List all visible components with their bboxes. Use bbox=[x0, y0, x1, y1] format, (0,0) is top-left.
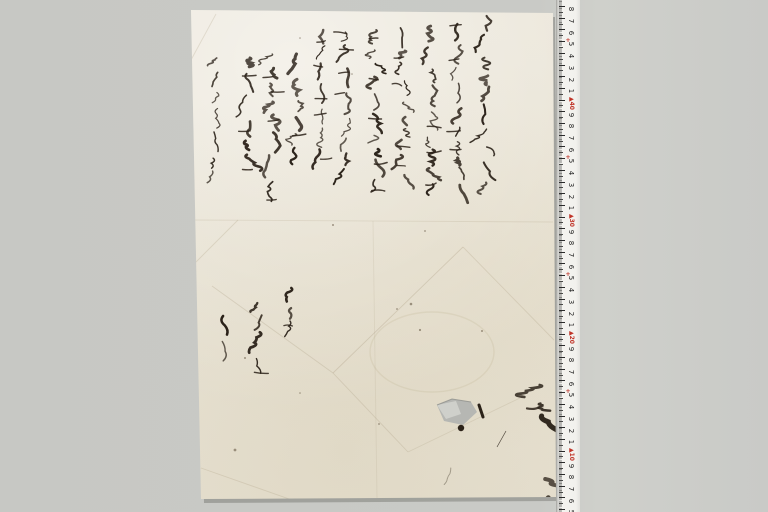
calligraphy-stroke bbox=[372, 190, 385, 191]
ruler-digit: 1 bbox=[567, 319, 575, 331]
endorsement-stroke bbox=[487, 464, 495, 472]
calligraphy-stroke bbox=[244, 141, 249, 150]
pencil-stroke bbox=[444, 468, 451, 485]
half-cm-tick bbox=[559, 304, 563, 305]
calligraphy-stroke bbox=[321, 109, 323, 124]
calligraphy-stroke bbox=[289, 308, 291, 319]
calligraphy-stroke bbox=[239, 131, 251, 132]
calligraphy-stroke bbox=[320, 84, 324, 103]
cm-tick bbox=[559, 18, 565, 19]
cm-tick bbox=[559, 497, 565, 498]
cm-tick bbox=[559, 29, 565, 30]
crease-line bbox=[463, 247, 554, 340]
tape-measure-ruler: 8765+4321▲4098765+4321▲3098765+4321▲2098… bbox=[556, 0, 580, 512]
half-cm-tick bbox=[559, 152, 563, 153]
half-cm-tick bbox=[559, 94, 563, 95]
endorsement-stroke bbox=[479, 453, 487, 461]
calligraphy-stroke bbox=[270, 83, 273, 96]
cm-tick bbox=[559, 462, 565, 463]
speck bbox=[299, 37, 301, 39]
calligraphy-column bbox=[259, 54, 284, 201]
cm-tick bbox=[559, 299, 565, 300]
calligraphy-stroke bbox=[334, 169, 344, 184]
speck bbox=[299, 392, 301, 394]
calligraphy-stroke bbox=[247, 58, 254, 67]
endorsement-stroke bbox=[468, 443, 477, 453]
speck bbox=[234, 449, 237, 452]
ruler-digit: 7 bbox=[567, 132, 575, 144]
endorsement-hairline bbox=[497, 431, 506, 447]
endorsement-stroke bbox=[461, 469, 470, 478]
half-cm-tick bbox=[559, 82, 563, 83]
half-cm-tick bbox=[559, 24, 563, 25]
fold-creases bbox=[191, 14, 554, 500]
calligraphy-stroke bbox=[245, 155, 262, 171]
cm-tick bbox=[559, 217, 565, 218]
crease-line bbox=[373, 221, 377, 498]
blotch-stroke bbox=[527, 408, 539, 409]
blotch-stroke bbox=[516, 385, 542, 397]
calligraphy-column bbox=[312, 30, 331, 169]
cm-tick bbox=[559, 357, 565, 358]
calligraphy-stroke bbox=[339, 49, 353, 50]
calligraphy-stroke bbox=[395, 62, 401, 74]
calligraphy-stroke bbox=[298, 101, 303, 111]
calligraphy-stroke bbox=[478, 183, 487, 194]
ruler-digit: 3 bbox=[567, 296, 575, 308]
cm-tick bbox=[559, 88, 565, 89]
calligraphy-stroke bbox=[286, 288, 293, 302]
half-cm-tick bbox=[559, 246, 563, 247]
calligraphy-stroke bbox=[321, 158, 332, 159]
half-cm-tick bbox=[559, 433, 563, 434]
calligraphy-stroke bbox=[404, 81, 410, 95]
calligraphy-stroke bbox=[236, 95, 246, 117]
calligraphy-stroke bbox=[222, 342, 226, 361]
calligraphy-stroke bbox=[342, 119, 351, 137]
ruler-digit: 4 bbox=[567, 284, 575, 296]
calligraphy-stroke bbox=[422, 48, 428, 65]
calligraphy-stroke bbox=[212, 72, 218, 86]
calligraphy-stroke bbox=[317, 128, 323, 147]
ruler-digit: 9 bbox=[567, 460, 575, 472]
ink-dot bbox=[458, 425, 464, 431]
ruler-digit: 8 bbox=[567, 354, 575, 366]
calligraphy-stroke bbox=[484, 163, 496, 181]
half-cm-tick bbox=[559, 503, 563, 504]
half-cm-tick bbox=[559, 187, 563, 188]
calligraphy-stroke bbox=[293, 134, 306, 136]
calligraphy-stroke bbox=[457, 158, 460, 165]
ruler-digit: 2 bbox=[567, 308, 575, 320]
calligraphy-stroke bbox=[369, 118, 382, 119]
speck bbox=[378, 423, 380, 425]
ruler-digit: 7 bbox=[567, 249, 575, 261]
half-cm-tick bbox=[559, 339, 563, 340]
speck bbox=[419, 329, 421, 331]
half-cm-tick bbox=[559, 293, 563, 294]
calligraphy-stroke bbox=[460, 185, 468, 203]
cm-tick bbox=[559, 6, 565, 7]
calligraphy-stroke bbox=[456, 142, 459, 155]
calligraphy-column bbox=[207, 58, 220, 183]
half-cm-tick bbox=[559, 105, 563, 106]
crease-line bbox=[191, 14, 216, 60]
calligraphy-stroke bbox=[250, 303, 257, 312]
ink-dash bbox=[479, 405, 483, 417]
calligraphy-stroke bbox=[374, 94, 379, 110]
calligraphy-stroke bbox=[475, 35, 484, 52]
calligraphy-stroke bbox=[312, 149, 320, 168]
paper-tear-hole bbox=[437, 399, 477, 425]
cm-tick bbox=[559, 474, 565, 475]
half-cm-tick bbox=[559, 398, 563, 399]
half-cm-tick bbox=[559, 480, 563, 481]
calligraphy-stroke bbox=[263, 155, 269, 177]
ruler-digit: 9 bbox=[567, 343, 575, 355]
calligraphy-stroke bbox=[451, 68, 456, 81]
water-stain bbox=[370, 312, 494, 392]
calligraphy-column bbox=[334, 32, 354, 184]
calligraphy-stroke bbox=[470, 129, 486, 142]
calligraphy-stroke bbox=[345, 153, 349, 165]
calligraphy-stroke bbox=[365, 50, 375, 58]
calligraphy-stroke bbox=[447, 131, 460, 132]
endorsement-stroke bbox=[451, 459, 458, 466]
half-cm-tick bbox=[559, 258, 563, 259]
ruler-digit: 1 bbox=[567, 85, 575, 97]
calligraphy-stroke bbox=[273, 133, 280, 153]
half-cm-tick bbox=[559, 328, 563, 329]
ruler-digit: 9 bbox=[567, 109, 575, 121]
calligraphy-stroke bbox=[403, 117, 407, 125]
half-cm-tick bbox=[559, 363, 563, 364]
cm-tick bbox=[559, 345, 565, 346]
calligraphy-stroke bbox=[375, 149, 380, 156]
calligraphy-stroke bbox=[337, 45, 349, 62]
half-cm-tick bbox=[559, 70, 563, 71]
ruler-digit: 5 bbox=[567, 506, 575, 512]
ruler-digit: 2 bbox=[567, 74, 575, 86]
ruler-digit: 3 bbox=[567, 179, 575, 191]
ruler-digit: 8 bbox=[567, 120, 575, 132]
speck bbox=[481, 330, 483, 332]
endorsement-stroke bbox=[497, 475, 509, 487]
calligraphy-stroke bbox=[212, 93, 218, 103]
cm-tick bbox=[559, 193, 565, 194]
cm-tick bbox=[559, 111, 565, 112]
pencil-note bbox=[444, 468, 451, 485]
half-cm-tick bbox=[559, 468, 563, 469]
cm-tick bbox=[559, 310, 565, 311]
cm-tick bbox=[559, 369, 565, 370]
half-cm-tick bbox=[559, 492, 563, 493]
calligraphy-stroke bbox=[288, 54, 297, 74]
endorsement-stroke bbox=[440, 453, 456, 471]
ink-overlay-svg bbox=[0, 0, 768, 512]
calligraphy-stroke bbox=[373, 114, 382, 133]
ruler-digit: 2 bbox=[567, 191, 575, 203]
calligraphy-column bbox=[236, 58, 262, 171]
annotation-column bbox=[221, 316, 227, 361]
half-cm-tick bbox=[559, 386, 563, 387]
ruler-digit: 2 bbox=[567, 425, 575, 437]
calligraphy-stroke bbox=[427, 126, 441, 127]
calligraphy-stroke bbox=[259, 54, 273, 65]
calligraphy-column bbox=[365, 30, 387, 192]
calligraphy-stroke bbox=[247, 122, 250, 137]
archival-photo: 8765+4321▲4098765+4321▲3098765+4321▲2098… bbox=[0, 0, 768, 512]
half-cm-tick bbox=[559, 176, 563, 177]
calligraphy-stroke bbox=[291, 148, 297, 164]
calligraphy-column bbox=[422, 26, 441, 195]
half-cm-tick bbox=[559, 12, 563, 13]
half-cm-tick bbox=[559, 269, 563, 270]
calligraphy-stroke bbox=[431, 69, 436, 82]
calligraphy-stroke bbox=[317, 41, 325, 43]
half-cm-tick bbox=[559, 375, 563, 376]
cm-tick bbox=[559, 509, 565, 510]
calligraphy-stroke bbox=[263, 102, 273, 113]
half-cm-tick bbox=[559, 445, 563, 446]
half-cm-tick bbox=[559, 234, 563, 235]
cm-tick bbox=[559, 451, 565, 452]
calligraphy-stroke bbox=[403, 129, 409, 137]
calligraphy-stroke bbox=[376, 160, 385, 177]
calligraphy-stroke bbox=[375, 64, 386, 74]
calligraphy-stroke bbox=[397, 166, 405, 167]
ruler-digit: 1 bbox=[567, 202, 575, 214]
speck bbox=[424, 230, 426, 232]
annotation-column bbox=[284, 288, 293, 337]
half-decade-mark: + bbox=[565, 38, 571, 44]
calligraphy-stroke bbox=[401, 28, 403, 48]
cm-tick bbox=[559, 287, 565, 288]
ruler-digit: 3 bbox=[567, 62, 575, 74]
ruler-digit: 4 bbox=[567, 167, 575, 179]
calligraphy-stroke bbox=[267, 182, 272, 202]
calligraphy-stroke bbox=[314, 113, 326, 115]
half-decade-mark: + bbox=[565, 272, 571, 278]
calligraphy-stroke bbox=[263, 77, 273, 78]
cm-tick bbox=[559, 404, 565, 405]
endorsement-stroke bbox=[499, 478, 507, 486]
crease-line bbox=[212, 286, 333, 373]
ruler-digit: 1 bbox=[567, 436, 575, 448]
calligraphy-stroke bbox=[339, 72, 349, 73]
ruler-digit: 3 bbox=[567, 413, 575, 425]
ruler-digit: 6 bbox=[567, 495, 575, 507]
calligraphy-stroke bbox=[396, 140, 402, 149]
endorsement-stroke bbox=[479, 448, 490, 459]
ruler-digit: 8 bbox=[567, 471, 575, 483]
cm-tick bbox=[559, 53, 565, 54]
calligraphy-stroke bbox=[427, 168, 441, 180]
calligraphy-stroke bbox=[215, 109, 220, 129]
half-cm-tick bbox=[559, 316, 563, 317]
blotch-stroke bbox=[539, 404, 551, 411]
cm-tick bbox=[559, 146, 565, 147]
half-decade-mark: + bbox=[565, 155, 571, 161]
cm-tick bbox=[559, 76, 565, 77]
cm-tick bbox=[559, 263, 565, 264]
half-cm-tick bbox=[559, 281, 563, 282]
ruler-digit: 9 bbox=[567, 226, 575, 238]
calligraphy-stroke bbox=[293, 79, 300, 95]
calligraphy-stroke bbox=[431, 85, 437, 106]
calligraphy-stroke bbox=[296, 118, 301, 131]
calligraphy-column bbox=[392, 28, 414, 189]
calligraphy-stroke bbox=[482, 104, 485, 124]
calligraphy-stroke bbox=[285, 321, 291, 337]
ruler-decade-label: ▲30 bbox=[567, 214, 575, 226]
half-cm-tick bbox=[559, 421, 563, 422]
ruler-digit: 7 bbox=[567, 15, 575, 27]
calligraphy-stroke bbox=[459, 167, 464, 179]
calligraphy-stroke bbox=[454, 45, 462, 64]
calligraphy-stroke bbox=[369, 30, 377, 44]
calligraphy-stroke bbox=[452, 108, 462, 123]
calligraphy-stroke bbox=[426, 183, 436, 185]
cm-tick bbox=[559, 427, 565, 428]
calligraphy-stroke bbox=[243, 75, 257, 76]
calligraphy-stroke bbox=[340, 138, 346, 151]
cm-tick bbox=[559, 439, 565, 440]
annotation-column bbox=[249, 303, 268, 373]
ruler-digit: 4 bbox=[567, 50, 575, 62]
calligraphy-stroke bbox=[214, 132, 218, 152]
calligraphy-stroke bbox=[403, 102, 414, 112]
calligraphy-stroke bbox=[480, 76, 488, 85]
calligraphy-stroke bbox=[426, 137, 430, 147]
calligraphy-stroke bbox=[267, 200, 276, 201]
cm-tick bbox=[559, 100, 565, 101]
speck bbox=[351, 73, 353, 75]
cm-tick bbox=[559, 322, 565, 323]
ruler-digit: 7 bbox=[567, 366, 575, 378]
half-cm-tick bbox=[559, 456, 563, 457]
calligraphy-stroke bbox=[211, 158, 214, 168]
crease-line bbox=[201, 468, 292, 500]
cm-tick bbox=[559, 252, 565, 253]
cm-tick bbox=[559, 416, 565, 417]
calligraphy-stroke bbox=[249, 332, 261, 352]
cm-tick bbox=[559, 486, 565, 487]
half-decade-mark: + bbox=[565, 389, 571, 395]
calligraphy-stroke bbox=[487, 147, 495, 156]
cm-tick bbox=[559, 123, 565, 124]
calligraphy-column bbox=[286, 54, 306, 164]
calligraphy-stroke bbox=[369, 38, 378, 39]
calligraphy-stroke bbox=[449, 59, 459, 61]
endorsement-stroke bbox=[471, 479, 483, 492]
calligraphy-stroke bbox=[316, 46, 325, 59]
cm-tick bbox=[559, 240, 565, 241]
half-cm-tick bbox=[559, 59, 563, 60]
calligraphy-stroke bbox=[392, 83, 401, 85]
ruler-digit: 4 bbox=[567, 401, 575, 413]
cm-tick bbox=[559, 65, 565, 66]
half-cm-tick bbox=[559, 129, 563, 130]
calligraphy-stroke bbox=[392, 155, 403, 169]
calligraphy-stroke bbox=[272, 115, 281, 131]
ruler-digit: 8 bbox=[567, 237, 575, 249]
cm-tick bbox=[559, 205, 565, 206]
endorsement-stroke bbox=[484, 461, 500, 477]
ruler-decade-label: ▲20 bbox=[567, 331, 575, 343]
half-cm-tick bbox=[559, 222, 563, 223]
half-cm-tick bbox=[559, 211, 563, 212]
calligraphy-stroke bbox=[486, 16, 492, 31]
half-cm-tick bbox=[559, 410, 563, 411]
ruler-decade-label: ▲40 bbox=[567, 97, 575, 109]
ruler-digit: 7 bbox=[567, 483, 575, 495]
calligraphy-stroke bbox=[482, 87, 489, 101]
cm-tick bbox=[559, 170, 565, 171]
cm-tick bbox=[559, 228, 565, 229]
calligraphy-stroke bbox=[450, 25, 461, 26]
blotch-stroke bbox=[540, 498, 548, 512]
calligraphy-column bbox=[447, 24, 468, 203]
cm-tick bbox=[559, 380, 565, 381]
half-cm-tick bbox=[559, 141, 563, 142]
calligraphy-stroke bbox=[256, 359, 260, 374]
main-text-block bbox=[207, 16, 495, 203]
calligraphy-stroke bbox=[345, 93, 351, 114]
calligraphy-stroke bbox=[404, 175, 413, 189]
cm-tick bbox=[559, 334, 565, 335]
speck bbox=[410, 303, 413, 306]
calligraphy-column bbox=[470, 16, 495, 194]
paper-specks bbox=[234, 37, 483, 451]
cm-tick bbox=[559, 182, 565, 183]
crease-line bbox=[333, 247, 463, 373]
calligraphy-stroke bbox=[347, 69, 349, 87]
half-cm-tick bbox=[559, 35, 563, 36]
calligraphy-stroke bbox=[207, 171, 213, 183]
calligraphy-stroke bbox=[482, 58, 490, 70]
ruler-digit: 8 bbox=[567, 3, 575, 15]
half-cm-tick bbox=[559, 199, 563, 200]
crease-line bbox=[191, 220, 553, 222]
half-cm-tick bbox=[559, 351, 563, 352]
half-cm-tick bbox=[559, 164, 563, 165]
calligraphy-stroke bbox=[208, 58, 217, 66]
calligraphy-stroke bbox=[427, 26, 433, 41]
half-cm-tick bbox=[559, 117, 563, 118]
calligraphy-stroke bbox=[368, 135, 379, 143]
speck bbox=[332, 224, 334, 226]
cm-tick bbox=[559, 135, 565, 136]
speck bbox=[396, 308, 398, 310]
calligraphy-stroke bbox=[457, 83, 460, 102]
calligraphy-stroke bbox=[335, 93, 344, 95]
half-cm-tick bbox=[559, 47, 563, 48]
calligraphy-stroke bbox=[455, 24, 458, 40]
speck bbox=[244, 357, 246, 359]
calligraphy-stroke bbox=[221, 316, 227, 335]
crease-line bbox=[196, 220, 238, 262]
ruler-decade-label: ▲10 bbox=[567, 448, 575, 460]
